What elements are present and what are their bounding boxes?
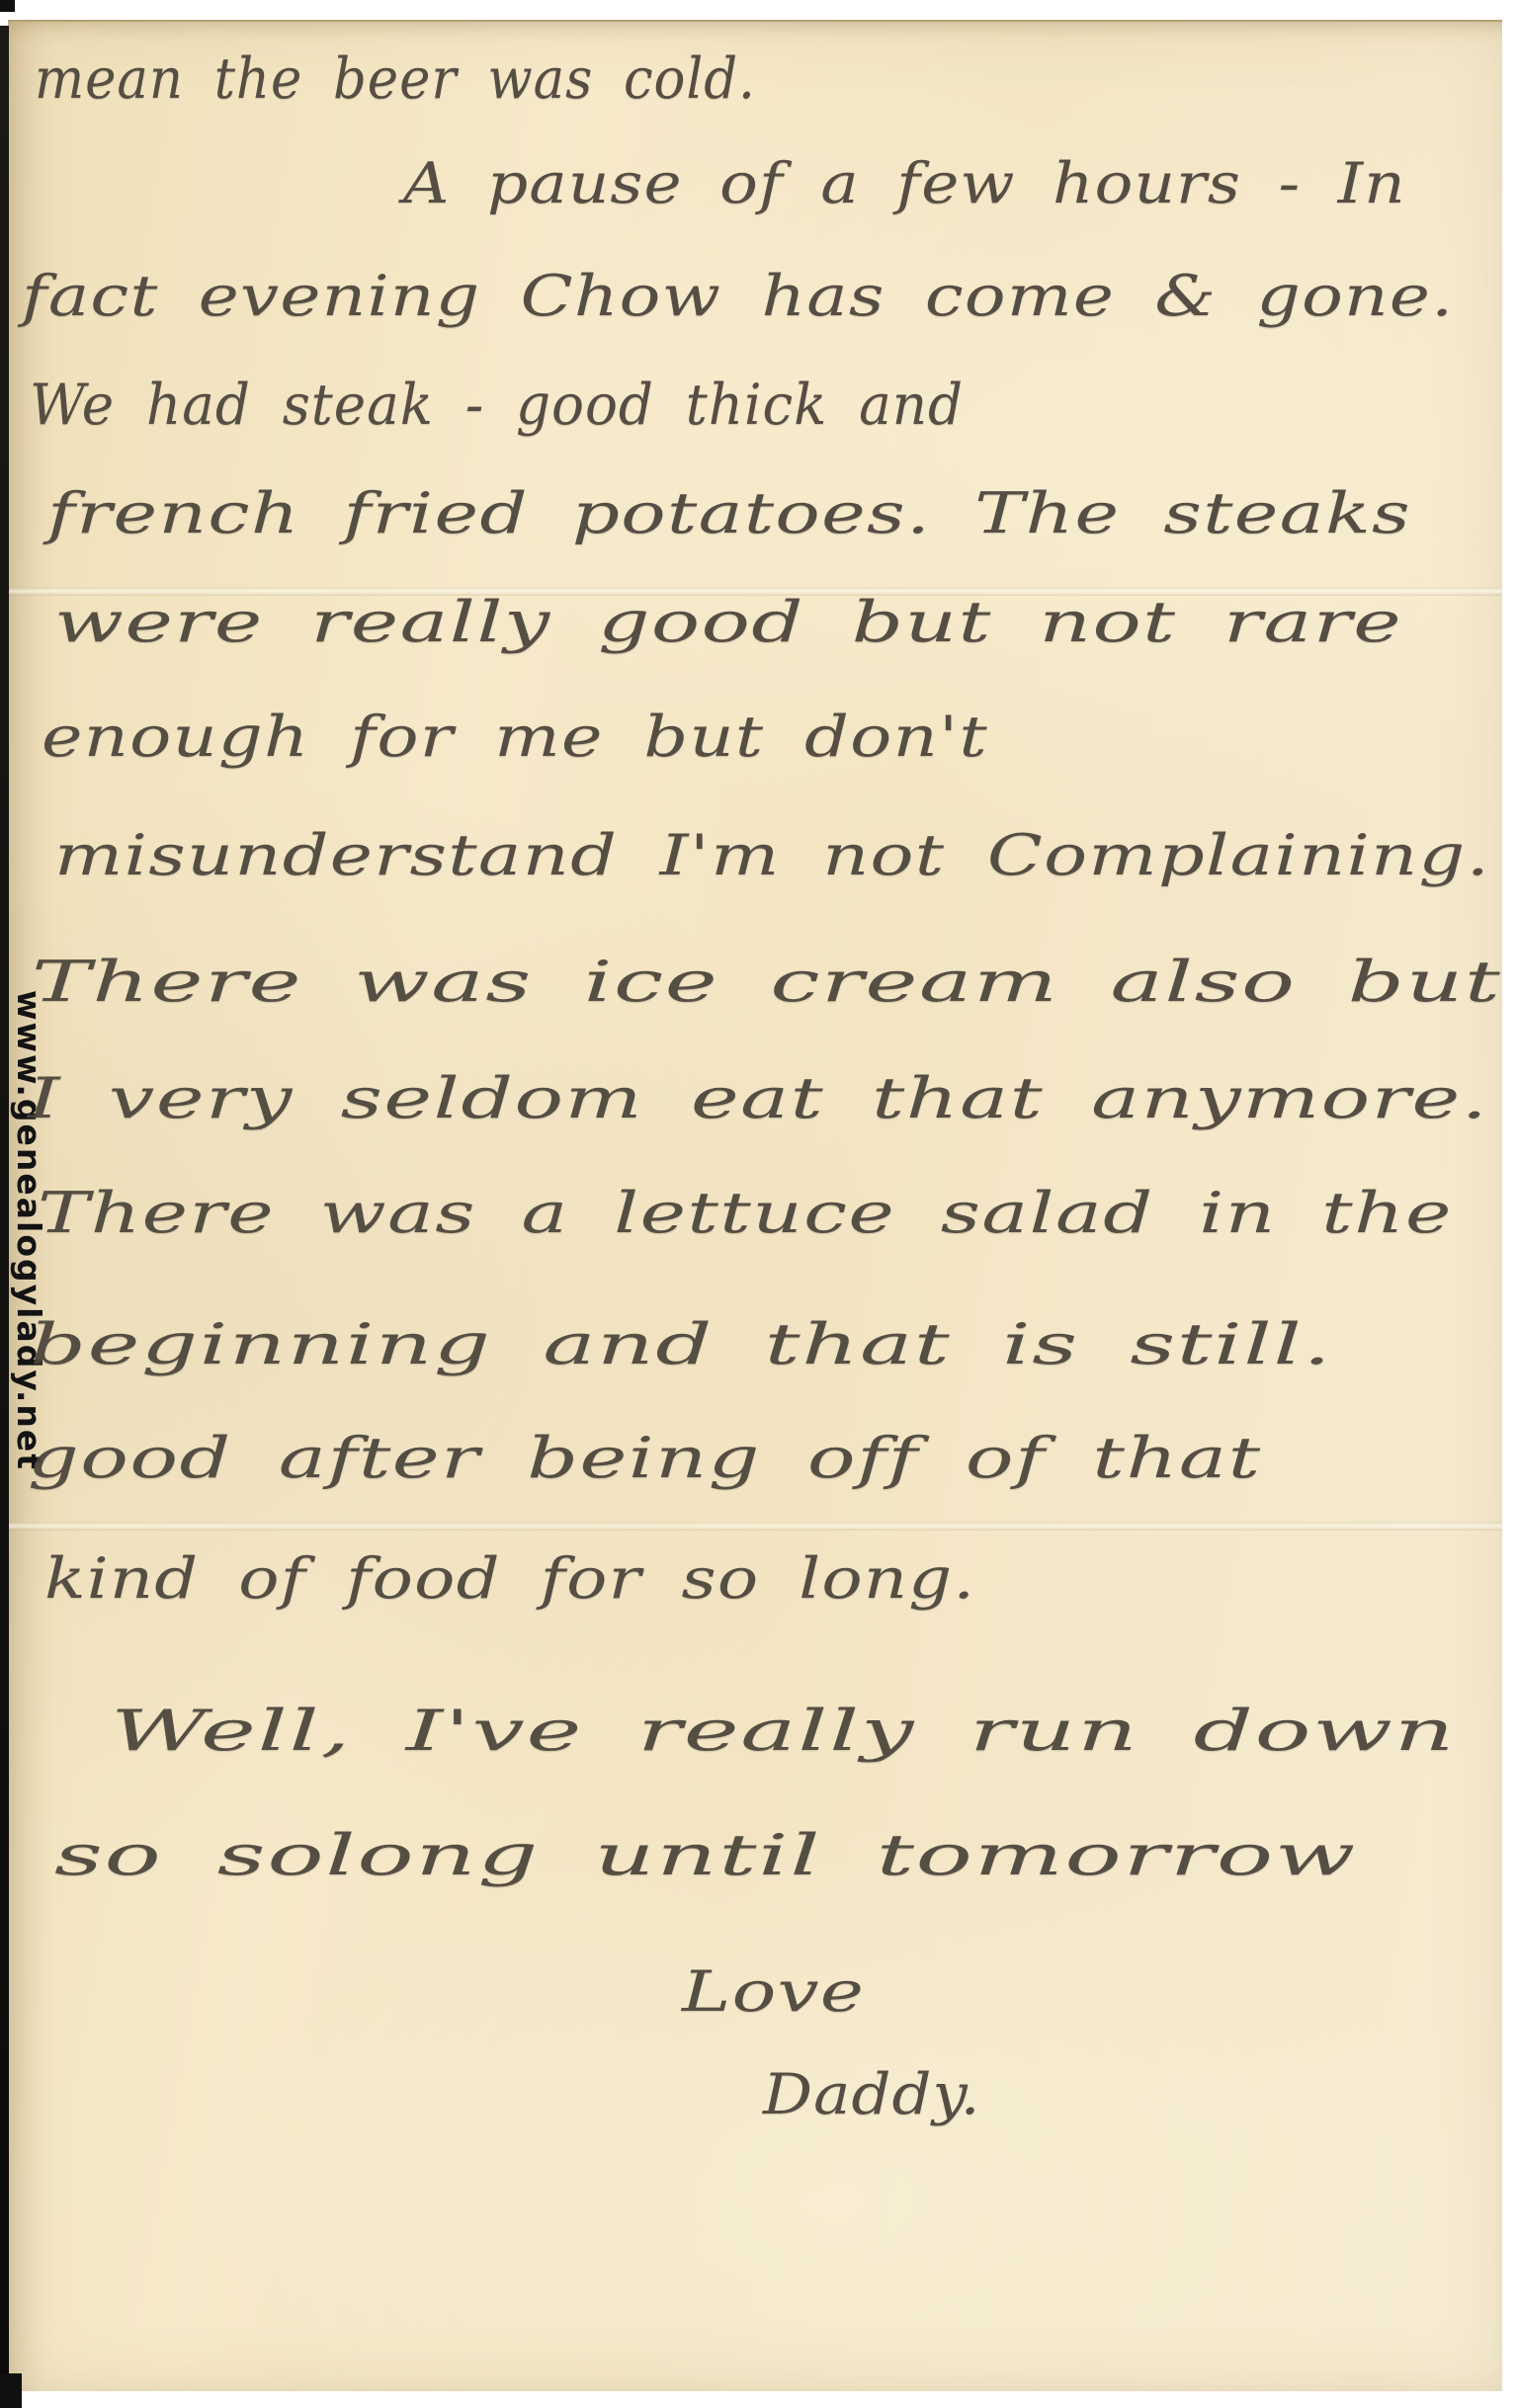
handwriting-line: kind of food for so long. bbox=[44, 1551, 975, 1608]
fold-crease-lower bbox=[8, 1522, 1502, 1531]
handwriting-line: I very seldom eat that anymore. bbox=[28, 1071, 1488, 1127]
handwriting-line: so solong until tomorrow bbox=[54, 1828, 1357, 1884]
handwriting-line: mean the beer was cold. bbox=[35, 51, 756, 108]
handwriting-line: Daddy. bbox=[763, 2067, 981, 2123]
handwriting-line: A pause of a few hours - In bbox=[403, 156, 1406, 212]
handwriting-line: beginning and that is still. bbox=[30, 1317, 1332, 1373]
handwriting-line: good after being off of that bbox=[28, 1431, 1262, 1487]
handwriting-line: We had steak - good thick and bbox=[30, 377, 964, 434]
handwriting-line: enough for me but don't bbox=[42, 709, 988, 766]
scanned-letter-page: www.genealogylady.net mean the beer was … bbox=[0, 0, 1517, 2408]
handwriting-line: Well, I've really run down bbox=[111, 1703, 1456, 1760]
scanner-artifact-bottom-left bbox=[0, 2373, 22, 2408]
handwriting-line: were really good but not rare bbox=[54, 595, 1402, 651]
handwriting-line: fact evening Chow has come & gone. bbox=[22, 269, 1454, 325]
handwriting-line: misunderstand I'm not Complaining. bbox=[54, 828, 1490, 884]
handwriting-line: There was a lettuce salad in the bbox=[38, 1186, 1453, 1242]
handwriting-line: french fried potatoes. The steaks bbox=[47, 486, 1411, 542]
scanner-artifact-top-left bbox=[0, 0, 15, 12]
scanner-artifact-left-edge bbox=[0, 26, 9, 2408]
handwriting-line: Love bbox=[682, 1964, 865, 2021]
handwriting-line: There was ice cream also but bbox=[32, 955, 1501, 1011]
